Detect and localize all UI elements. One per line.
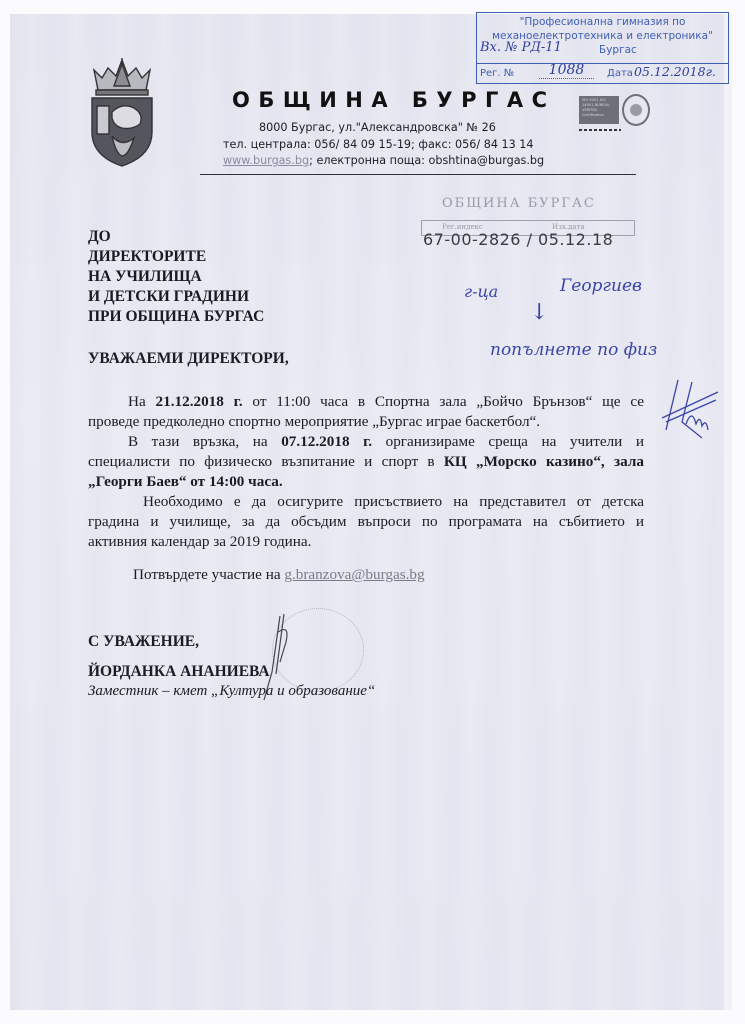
outgoing-registration-stamp: ОБЩИНА БУРГАС Рег.индекс Изх.дата 67-00-… <box>424 190 636 256</box>
handwritten-note-instruction: попълнете по физ <box>490 340 657 360</box>
p2-line2: специалисти по физическо възпитание и сп… <box>88 453 444 470</box>
stamp-institution-line1: "Професионална гимназия по <box>477 16 728 28</box>
confirm-participation: Потвърдете участие на g.branzova@burgas.… <box>133 566 425 584</box>
stamp-city: Бургас <box>599 44 637 56</box>
greeting: УВАЖАЕМИ ДИРЕКТОРИ, <box>88 350 289 368</box>
stamp-date-label: Дата <box>607 68 633 79</box>
paragraph-request: Необходимо е да осигурите присъствието н… <box>88 492 644 552</box>
organization-title: ОБЩИНА БУРГАС <box>232 88 556 112</box>
letterhead-email: ; електронна поща: obshtina@burgas.bg <box>309 154 544 167</box>
p3-line1: Необходимо е да осигурите присъствието н… <box>143 493 644 510</box>
meeting-venue: КЦ „Морско казино“, зала <box>444 453 644 470</box>
letterhead-address: 8000 Бургас, ул."Александровска" № 26 <box>259 121 496 134</box>
website-link[interactable]: www.burgas.bg <box>223 154 309 167</box>
paragraph-event: На 21.12.2018 г. от 11:00 часа в Спортна… <box>88 392 644 432</box>
letterhead-contacts: www.burgas.bg; електронна поща: obshtina… <box>223 154 544 167</box>
confirm-text: Потвърдете участие на <box>133 566 284 583</box>
p2-rest: организираме среща на учители и <box>372 433 644 450</box>
event-date: 21.12.2018 г. <box>156 393 243 410</box>
signer-title: Заместник – кмет „Култура и образование“ <box>88 683 375 700</box>
addressee-line: НА УЧИЛИЩА <box>88 267 264 287</box>
p2-pre: В тази връзка, на <box>128 433 281 450</box>
certification-code <box>579 129 621 131</box>
confirm-email-link[interactable]: g.branzova@burgas.bg <box>284 566 424 583</box>
addressee-line: ПРИ ОБЩИНА БУРГАС <box>88 307 264 327</box>
bureau-veritas-seal-icon <box>622 94 650 126</box>
closing: С УВАЖЕНИЕ, <box>88 633 199 651</box>
addressee-block: ДО ДИРЕКТОРИТЕ НА УЧИЛИЩА И ДЕТСКИ ГРАДИ… <box>88 227 264 327</box>
burgas-coat-of-arms-icon <box>88 56 156 168</box>
addressee-line: ДИРЕКТОРИТЕ <box>88 247 264 267</box>
p1-rest: от 11:00 часа в Спортна зала „Бойчо Брън… <box>243 393 644 410</box>
addressee-line: И ДЕТСКИ ГРАДИНИ <box>88 287 264 307</box>
p3-line2: градина и училище, за да обсъдим въпроси… <box>88 512 644 532</box>
iso-bureau-veritas-badge-icon: ISO 9001 ISO 14001 BUREAU VERITAS Certif… <box>579 96 653 126</box>
handwritten-note-name: Георгиев <box>560 276 642 296</box>
handwritten-note-title: г-ца <box>464 282 498 301</box>
handwritten-signature <box>662 378 720 440</box>
signer-name: ЙОРДАНКА АНАНИЕВА <box>88 663 270 681</box>
stamp-reg-label: Рег. № <box>480 68 514 79</box>
p3-line3: активния календар за 2019 година. <box>88 532 644 552</box>
handwritten-arrow-icon: ↓ <box>530 300 548 325</box>
outgoing-stamp-title: ОБЩИНА БУРГАС <box>442 196 596 211</box>
p1-pre: На <box>128 393 156 410</box>
incoming-registration-stamp: "Професионална гимназия по механоелектро… <box>476 12 729 84</box>
outgoing-stamp-handwritten: 67-00-2826 / 05.12.18 <box>423 230 613 249</box>
p2-line3: „Георги Баев“ от 14:00 часа. <box>88 472 644 492</box>
stamp-date-value: 05.12.2018г. <box>634 64 716 79</box>
stamp-reg-number: 1088 <box>539 62 594 79</box>
letterhead-divider <box>200 174 636 175</box>
stamp-handwritten-prefix: Вх. № РД-11 <box>480 40 562 55</box>
meeting-date: 07.12.2018 г. <box>281 433 372 450</box>
p1-line2: проведе предколедно спортно мероприятие … <box>88 412 644 432</box>
addressee-line: ДО <box>88 227 264 247</box>
iso-certification-text: ISO 9001 ISO 14001 BUREAU VERITAS Certif… <box>579 96 619 124</box>
paragraph-meeting: В тази връзка, на 07.12.2018 г. организи… <box>88 432 644 492</box>
letterhead-phones: тел. централа: 056/ 84 09 15-19; факс: 0… <box>223 138 534 151</box>
page-edge <box>724 14 732 1010</box>
